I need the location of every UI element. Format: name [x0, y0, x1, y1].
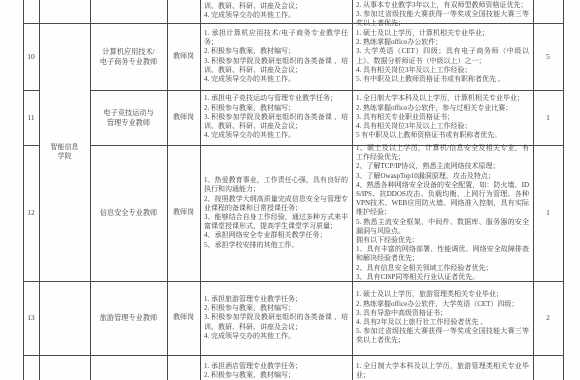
recruitment-table-page: 训、教研、科研、讲座及会议； 4. 完成领导交办的其他工作。 2. 从事本专业教…: [0, 0, 580, 380]
row-11-number-cell: 11: [23, 90, 39, 145]
row-13-position-cell: 旅游管理专业教师: [90, 281, 167, 355]
row-10-duties-cell: 1. 承担计算机应用技术/电子商务专业教学任务； 2. 积极参与教案、教材编写；…: [200, 23, 352, 90]
row-10-type-cell: 教师岗: [167, 23, 200, 90]
row-11-duties-cell: 1. 承担电子竞技运动与管理专业教学任务； 2. 积极参与教案、教材编写； 3.…: [200, 90, 352, 145]
row-12-count-cell: 1: [533, 145, 563, 281]
row-9-duties-cell: 训、教研、科研、讲座及会议； 4. 完成领导交办的其他工作。: [200, 0, 352, 23]
row-10-number-cell: 10: [23, 23, 39, 90]
row-12-number-cell: 12: [23, 145, 39, 281]
row-12-requirements-cell: 1、硕士及以上学历，计算机/信息安全及相关专业，有工作经验优先； 2、了解TCP…: [352, 145, 533, 281]
row-9-requirements-cell: 2. 从事本专业教学3年以上，有双师型教师资格证优先； 3. 参加过省级技能大赛…: [352, 0, 533, 23]
row-12-position-cell: 信息安全专业教师: [90, 145, 167, 281]
row-11-requirements-cell: 1. 全日制大学本科及以上学历，计算机相关专业毕业； 2. 熟练掌握office…: [352, 90, 533, 145]
row-13-type-cell: 教师岗: [167, 281, 200, 355]
table-border-right: [563, 0, 564, 380]
row-14-duties-cell: 1. 承担酒店管理专业教学任务； 2. 积极参与教案、教材编写；: [200, 355, 352, 380]
row-13-requirements-cell: 1. 硕士及以上学历，旅游管理类相关专业毕业； 2. 熟练掌握office办公软…: [352, 281, 533, 355]
row-10-requirements-cell: 1. 硕士及以上学历，计算机相关专业毕业； 2. 熟练掌握office办公软件；…: [352, 23, 533, 90]
row-14-requirements-cell: 1. 全日制大学本科及以上学历，旅游管理类相关专业毕业； 2. 熟练掌握offi…: [352, 355, 533, 380]
row-13-count-cell: 2: [533, 281, 563, 355]
row-10-count-cell: 5: [533, 23, 563, 90]
row-12-type-cell: 教师岗: [167, 145, 200, 281]
college-name-cell: 智能信息 学院: [39, 23, 90, 281]
row-11-position-cell: 电子竞技运动与 管理专业教师: [90, 90, 167, 145]
row-10-position-cell: 计算机应用技术/ 电子商务专业教师: [90, 23, 167, 90]
row-12-duties-cell: 1、热爱教育事业，工作责任心强，具有良好的执行和沟通能力； 2、按照教学大纲高质…: [200, 145, 352, 281]
row-11-count-cell: 1: [533, 90, 563, 145]
row-11-type-cell: 教师岗: [167, 90, 200, 145]
row-13-number-cell: 13: [23, 281, 39, 355]
row-13-duties-cell: 1. 承担旅游管理专业教学任务； 2. 积极参与教案、教材编写； 3. 积极参加…: [200, 281, 352, 355]
